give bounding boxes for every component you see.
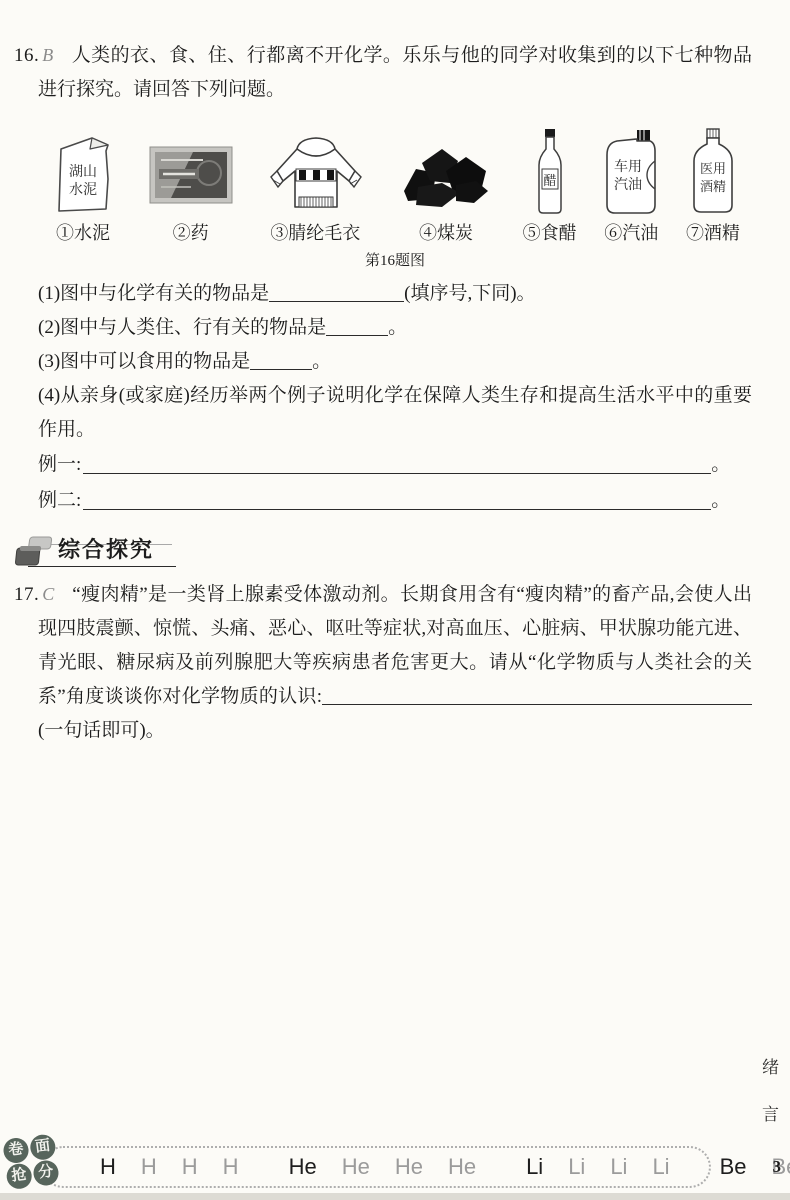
alcohol-bottle-drawing: 医用 酒精	[688, 127, 738, 217]
element-symbol-practice-strip: H H H H He He He He Li Li Li Li Be Be Be…	[42, 1146, 711, 1188]
subquestion-1-note: (填序号,下同)。	[404, 283, 535, 304]
stamp-char: 分	[32, 1159, 60, 1187]
practice-group-helium: He He He He	[289, 1156, 477, 1178]
element-symbol: Li	[568, 1156, 585, 1178]
cement-bag-text-line1: 湖山	[69, 164, 97, 180]
stamp-char: 卷	[2, 1137, 30, 1165]
page-content: 16.B人类的衣、食、住、行都离不开化学。乐乐与他的同学对收集到的以下七种物品进…	[0, 0, 790, 748]
practice-group-hydrogen: H H H H	[100, 1156, 239, 1178]
section-title: 综合探究	[58, 533, 154, 567]
question-17-note: (一句话即可)。	[38, 720, 165, 741]
score-stamp: 卷 面 抢 分	[2, 1133, 64, 1190]
subquestion-2: (2)图中与人类住、行有关的物品是。	[38, 311, 752, 345]
example-2-label: 例二:	[38, 490, 81, 511]
answer-blank-17	[322, 686, 752, 705]
item-illustrations-row: 湖山 水泥 ①水泥 ②药	[46, 127, 740, 245]
element-symbol: H	[141, 1156, 157, 1178]
question-16-text: 人类的衣、食、住、行都离不开化学。乐乐与他的同学对收集到的以下七种物品进行探究。…	[38, 45, 752, 100]
item-vinegar-label: ⑤食醋	[523, 221, 577, 245]
gasoline-can-drawing: 车用 汽油	[603, 127, 659, 217]
gasoline-text-line1: 车用	[614, 159, 642, 175]
item-coal-label: ④煤炭	[419, 221, 473, 245]
sweater-drawing	[261, 129, 369, 217]
subquestion-4-text: (4)从亲身(或家庭)经历举两个例子说明化学在保障人类生存和提高生活水平中的重要…	[38, 385, 752, 440]
chapter-side-label: 绪言	[751, 1058, 785, 1152]
question-16: 16.B人类的衣、食、住、行都离不开化学。乐乐与他的同学对收集到的以下七种物品进…	[38, 38, 752, 107]
element-symbol: H	[182, 1156, 198, 1178]
question-16-subquestions: (1)图中与化学有关的物品是(填序号,下同)。 (2)图中与人类住、行有关的物品…	[38, 277, 752, 519]
subquestion-4: (4)从亲身(或家庭)经历举两个例子说明化学在保障人类生存和提高生活水平中的重要…	[38, 379, 752, 447]
subquestion-1-text: (1)图中与化学有关的物品是	[38, 283, 269, 304]
page-number: 3	[773, 1150, 782, 1184]
element-symbol: Li	[652, 1156, 669, 1178]
element-symbol: H	[100, 1156, 116, 1178]
element-symbol: Be	[720, 1156, 747, 1178]
subquestion-2-period: 。	[388, 317, 407, 338]
element-symbol: H	[223, 1156, 239, 1178]
item-coal: ④煤炭	[396, 129, 496, 245]
question-16-number: 16.	[14, 45, 39, 66]
scan-bottom-edge	[0, 1193, 790, 1200]
item-medicine-label: ②药	[173, 221, 209, 245]
stamp-char: 面	[29, 1133, 57, 1161]
gasoline-text-line2: 汽油	[614, 176, 642, 193]
answer-line-example-1	[83, 455, 711, 474]
stamp-char: 抢	[5, 1162, 33, 1190]
item-sweater: ③腈纶毛衣	[261, 129, 369, 245]
item-alcohol-label: ⑦酒精	[686, 221, 740, 245]
section-header-comprehensive-inquiry: 综合探究	[14, 535, 752, 571]
item-medicine: ②药	[147, 129, 235, 245]
answer-blank-3	[250, 351, 312, 370]
example-1-line: 例一:。	[38, 447, 752, 483]
example-2-period: 。	[711, 490, 730, 511]
cement-bag-drawing: 湖山 水泥	[46, 129, 120, 217]
question-17: 17.C“瘦肉精”是一类肾上腺素受体激动剂。长期食用含有“瘦肉精”的畜产品,会使…	[38, 577, 752, 748]
element-symbol: Li	[610, 1156, 627, 1178]
vinegar-label-text: 醋	[543, 173, 556, 188]
practice-group-lithium: Li Li Li Li	[526, 1156, 670, 1178]
item-alcohol: 医用 酒精 ⑦酒精	[686, 127, 740, 245]
example-1-period: 。	[711, 454, 730, 475]
item-cement: 湖山 水泥 ①水泥	[46, 129, 120, 245]
subquestion-1: (1)图中与化学有关的物品是(填序号,下同)。	[38, 277, 752, 311]
example-1-label: 例一:	[38, 454, 81, 475]
vinegar-bottle-drawing: 醋	[532, 127, 568, 217]
element-symbol: Li	[526, 1156, 543, 1178]
item-cement-label: ①水泥	[56, 221, 110, 245]
subquestion-2-text: (2)图中与人类住、行有关的物品是	[38, 317, 326, 338]
medicine-box-drawing	[147, 129, 235, 217]
subquestion-3-text: (3)图中可以食用的物品是	[38, 351, 250, 372]
element-symbol: He	[342, 1156, 370, 1178]
answer-line-example-2	[83, 491, 711, 510]
figure-caption: 第16题图	[38, 251, 752, 271]
alcohol-text-line1: 医用	[700, 161, 726, 176]
example-2-line: 例二:。	[38, 483, 752, 519]
item-sweater-label: ③腈纶毛衣	[270, 221, 360, 245]
coal-drawing	[396, 129, 496, 217]
cement-bag-text-line2: 水泥	[69, 181, 97, 198]
section-header-cube-icon	[14, 535, 56, 569]
question-17-number: 17.	[14, 584, 39, 605]
item-gasoline: 车用 汽油 ⑥汽油	[603, 127, 659, 245]
element-symbol: He	[448, 1156, 476, 1178]
alcohol-text-line2: 酒精	[700, 179, 726, 194]
question-17-level-badge: C	[42, 584, 54, 604]
subquestion-3: (3)图中可以食用的物品是。	[38, 345, 752, 379]
workbook-page: { "page": { "number": "3", "side_label":…	[0, 0, 790, 1200]
element-symbol: He	[289, 1156, 317, 1178]
element-symbol: He	[395, 1156, 423, 1178]
item-gasoline-label: ⑥汽油	[604, 221, 658, 245]
answer-blank-2	[326, 317, 388, 336]
subquestion-3-period: 。	[312, 351, 331, 372]
item-vinegar: 醋 ⑤食醋	[523, 127, 577, 245]
question-16-level-badge: B	[42, 45, 53, 65]
answer-blank-1	[269, 283, 404, 302]
